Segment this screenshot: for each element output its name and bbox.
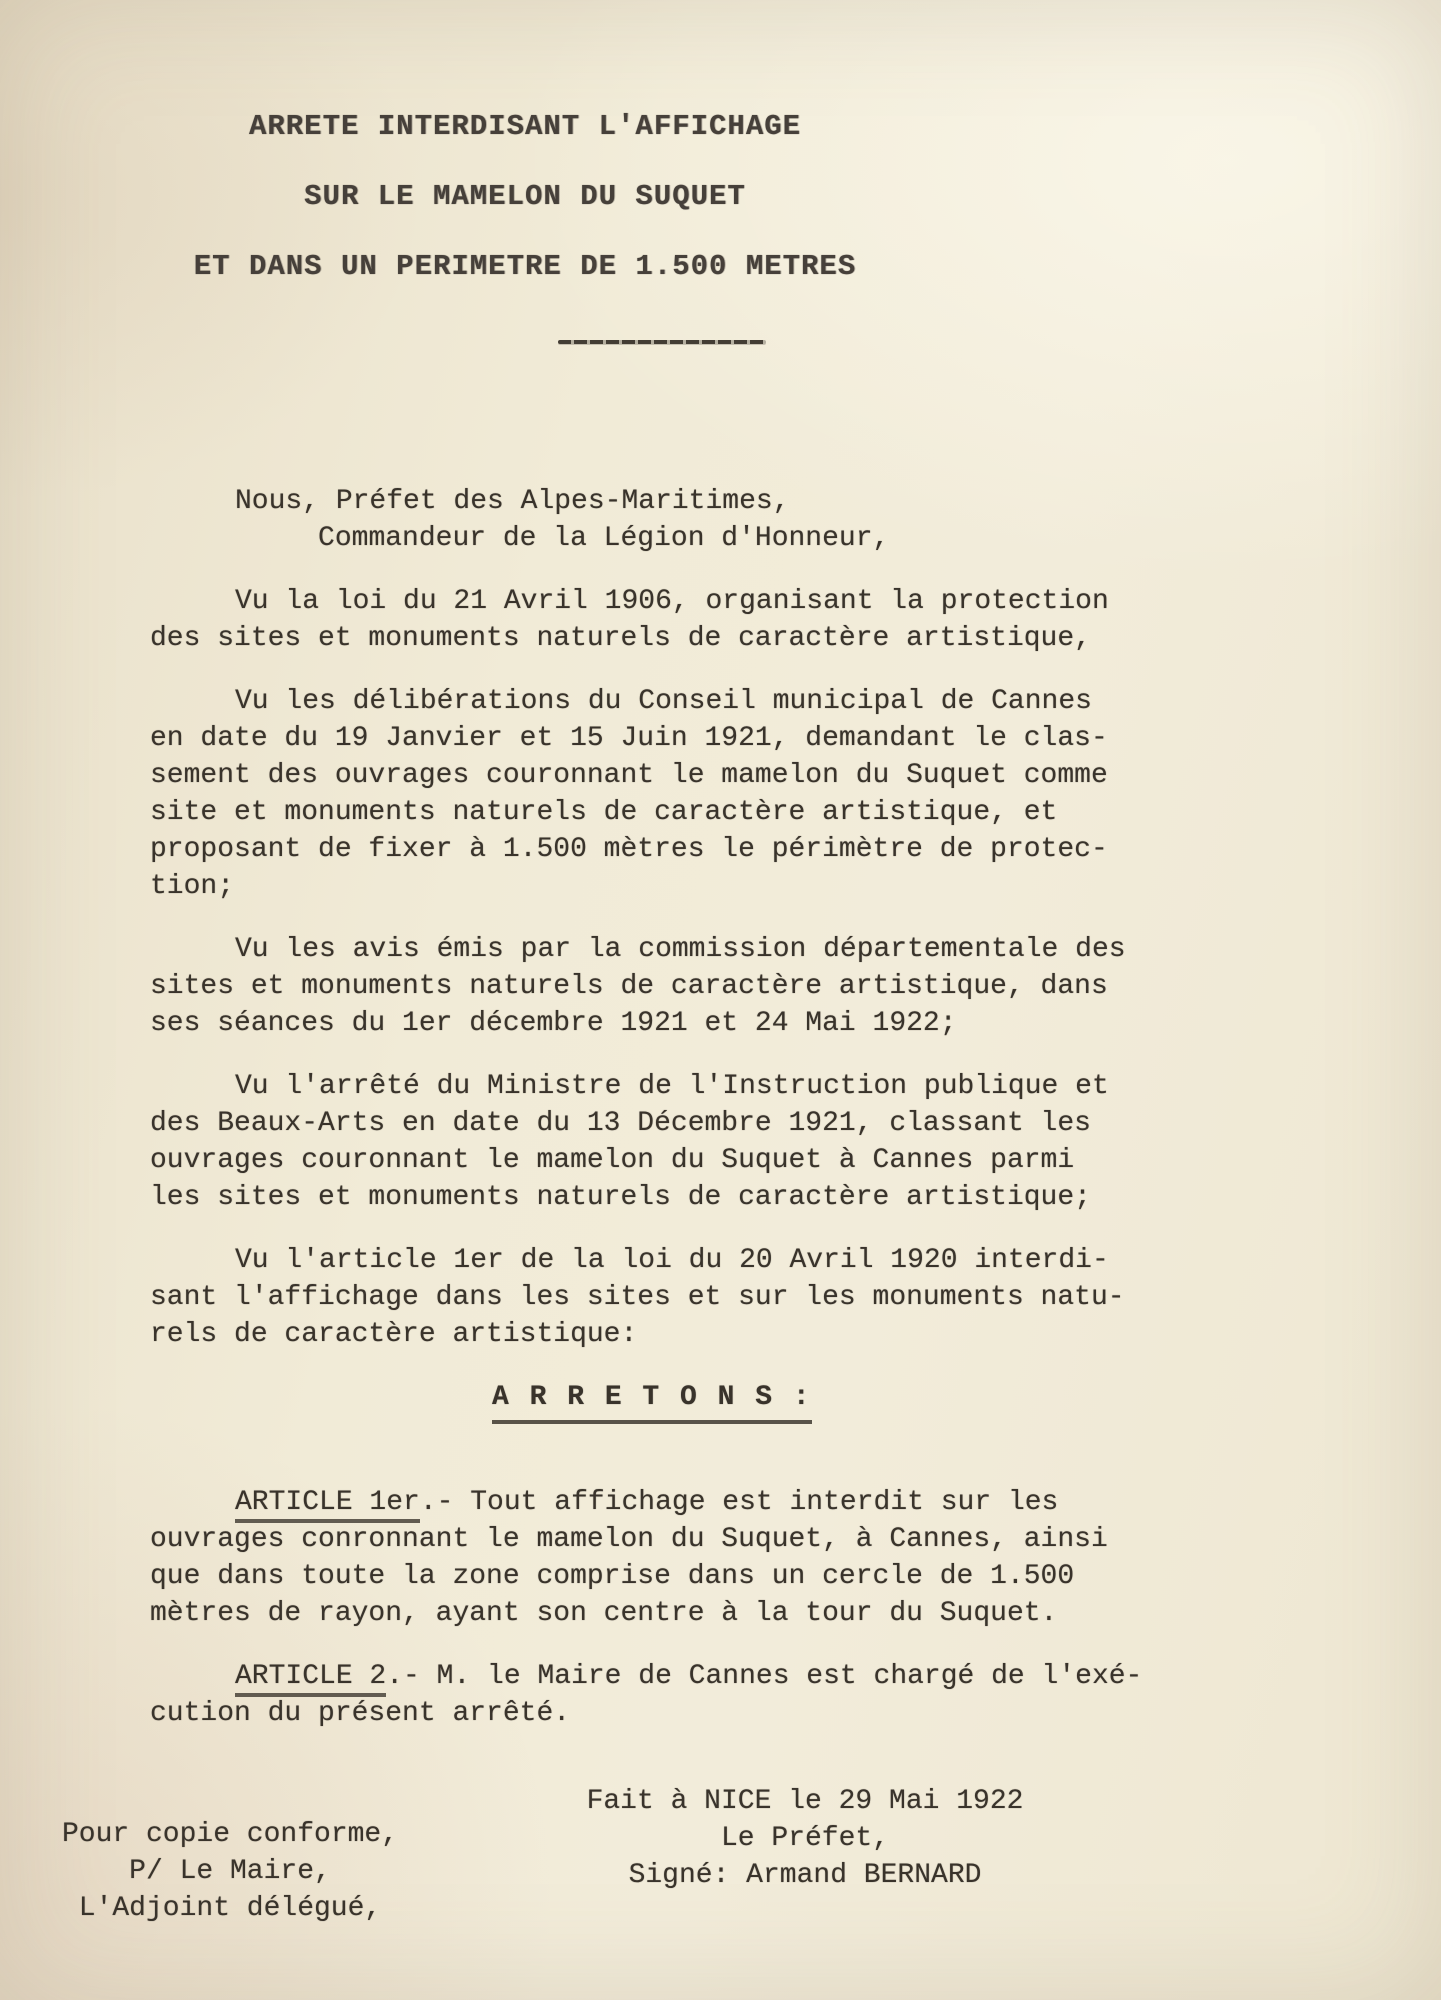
recital-deliberations-1921: Vu les délibérations du Conseil municipa… — [150, 683, 1180, 905]
document-body: Nous, Préfet des Alpes-Maritimes, Comman… — [150, 483, 1180, 1758]
recital-law-1906: Vu la loi du 21 Avril 1906, organisant l… — [150, 583, 1180, 657]
recital-article-1er-loi-1920: Vu l'article 1er de la loi du 20 Avril 1… — [150, 1242, 1180, 1353]
document-page: ARRETE INTERDISANT L'AFFICHAGE SUR LE MA… — [0, 0, 1441, 2000]
article-2-label: ARTICLE 2 — [235, 1661, 386, 1697]
document-title: ARRETE INTERDISANT L'AFFICHAGE SUR LE MA… — [140, 92, 910, 302]
preamble: Nous, Préfet des Alpes-Maritimes, Comman… — [150, 483, 1180, 557]
title-line-2: SUR LE MAMELON DU SUQUET — [140, 162, 910, 232]
signature-block-copie-conforme: Pour copie conforme, P/ Le Maire, L'Adjo… — [55, 1816, 405, 1927]
arretons-heading: A R R E T O N S : — [492, 1379, 812, 1424]
recital-arrete-ministre: Vu l'arrêté du Ministre de l'Instruction… — [150, 1068, 1180, 1216]
title-separator-rule — [558, 340, 766, 344]
title-line-1: ARRETE INTERDISANT L'AFFICHAGE — [140, 92, 910, 162]
adjoint-delegue-line: L'Adjoint délégué, — [55, 1890, 405, 1927]
recital-commission-avis: Vu les avis émis par la commission dépar… — [150, 931, 1180, 1042]
copie-conforme-line: Pour copie conforme, — [55, 1816, 405, 1853]
article-1: ARTICLE 1er.- Tout affichage est interdi… — [150, 1484, 1180, 1632]
signature-block-prefet: Fait à NICE le 29 Mai 1922 Le Préfet, Si… — [585, 1783, 1025, 1894]
pour-le-maire-line: P/ Le Maire, — [55, 1853, 405, 1890]
article-2: ARTICLE 2.- M. le Maire de Cannes est ch… — [150, 1658, 1180, 1732]
arretons-heading-row: A R R E T O N S : — [150, 1379, 1180, 1424]
signature-signed-name: Signé: Armand BERNARD — [585, 1857, 1025, 1894]
signature-title-prefet: Le Préfet, — [585, 1820, 1025, 1857]
signature-place-date: Fait à NICE le 29 Mai 1922 — [585, 1783, 1025, 1820]
article-1-label: ARTICLE 1er — [235, 1487, 420, 1523]
title-line-3: ET DANS UN PERIMETRE DE 1.500 METRES — [140, 232, 910, 302]
